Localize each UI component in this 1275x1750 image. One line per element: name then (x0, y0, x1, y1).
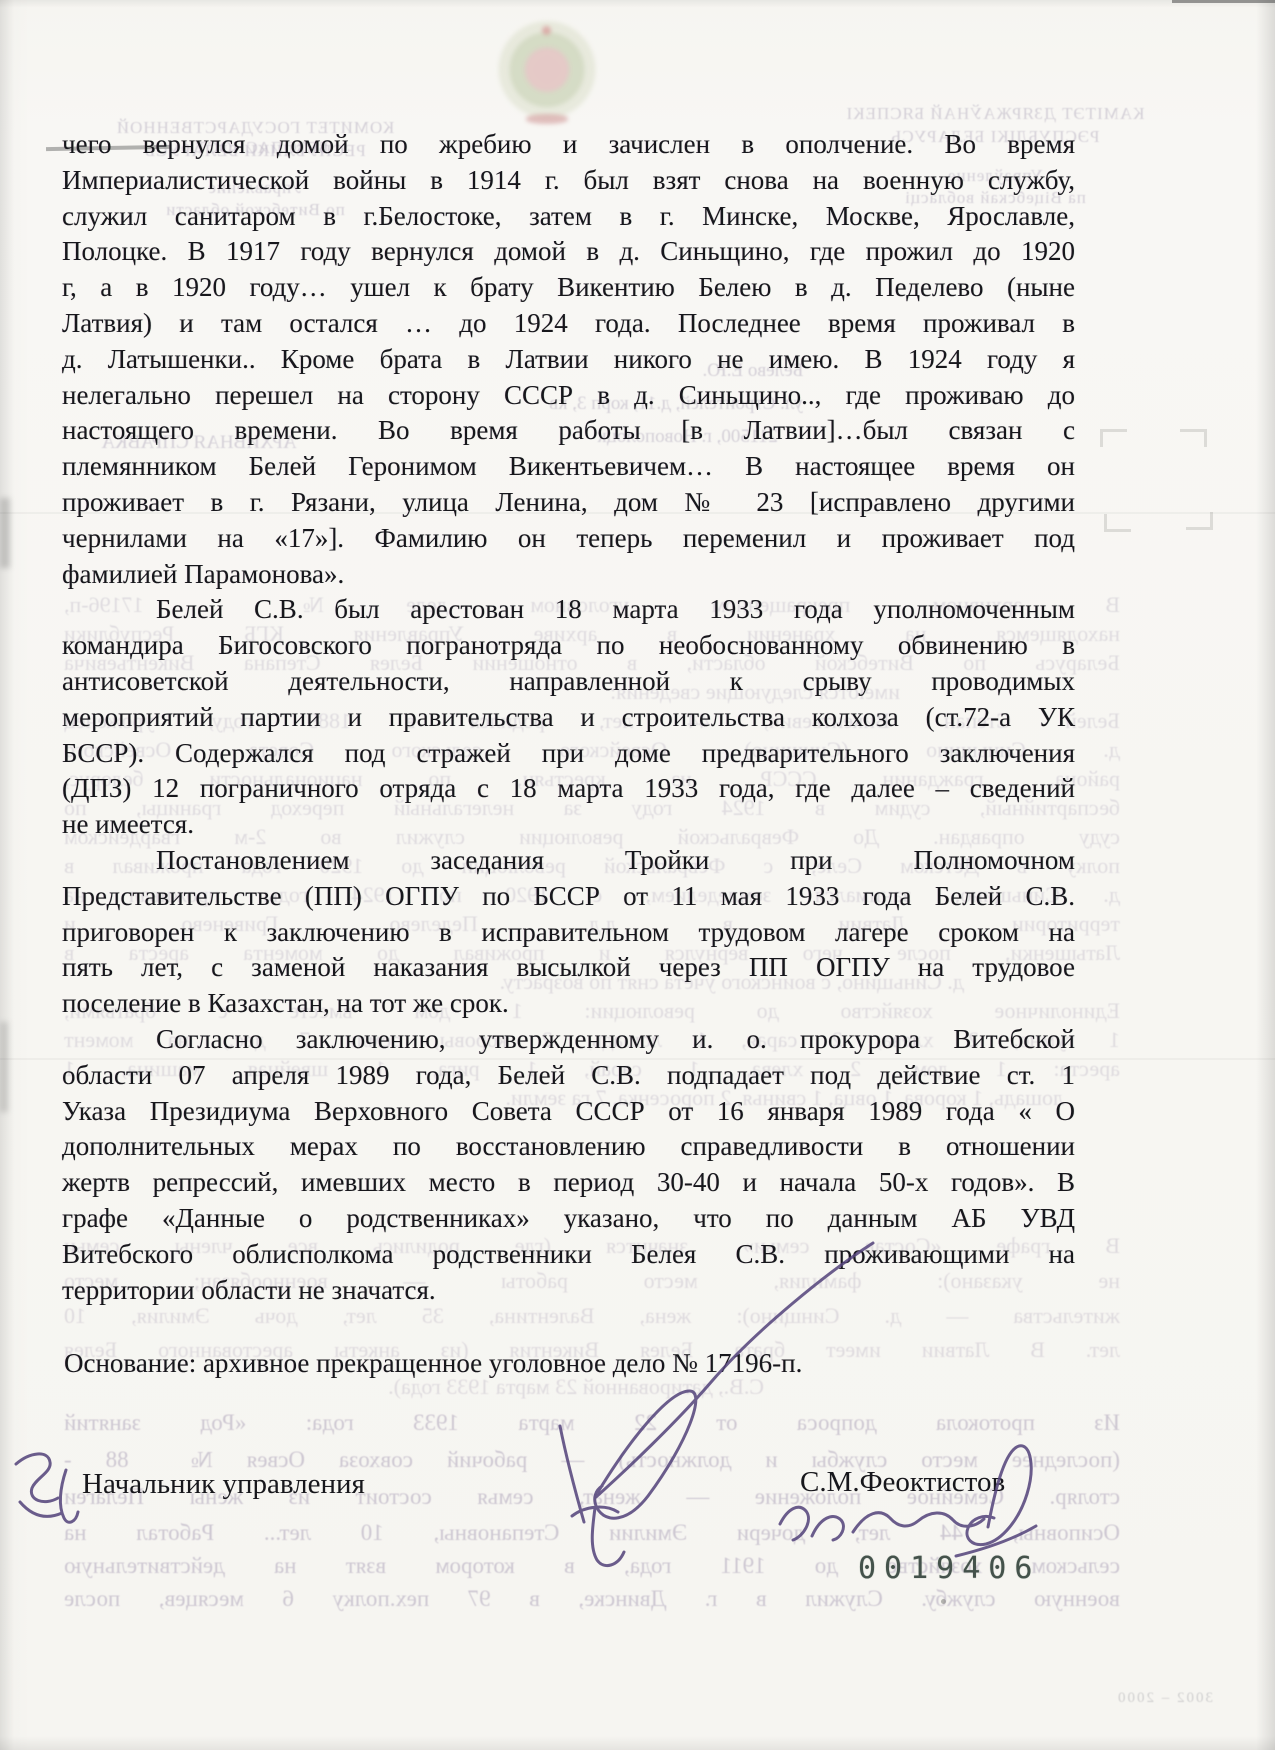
text-line: Представительстве (ПП) ОГПУ по БССР от 1… (62, 879, 1075, 915)
text-line: Витебского облисполкома родственники Бел… (62, 1237, 1075, 1273)
text-line: территории области не значатся. (62, 1273, 1075, 1309)
scan-edge-line (1172, 0, 1275, 3)
text-line: чего вернулся домой по жребию и зачислен… (62, 127, 1075, 163)
crop-corner-mark (1100, 429, 1127, 447)
text-line: фамилией Парамонова». (62, 557, 1075, 593)
text-line: приговорен к заключению в исправительном… (62, 915, 1075, 951)
text-line: д. Латышенки.. Кроме брата в Латвии нико… (62, 342, 1075, 378)
scan-edge-right (1256, 0, 1275, 1750)
crop-corner-mark (1180, 429, 1207, 447)
text-line: нелегально перешел на сторону СССР в д. … (62, 378, 1075, 414)
text-line: БССР). Содержался под стражей при доме п… (62, 736, 1075, 772)
scan-blotch (0, 498, 10, 568)
stamp-number: 0019406 (858, 1551, 1040, 1586)
bleedthrough-line: военную службу. Служил в г. Двинске, в 9… (64, 1586, 1120, 1612)
text-line: мероприятий партии и правительства и стр… (62, 700, 1075, 736)
stamp-dot (941, 1599, 946, 1604)
emblem-ribbon (526, 114, 568, 124)
text-line: области 07 апреля 1989 года, Белей С.В. … (62, 1058, 1075, 1094)
emblem-wreath (494, 20, 600, 128)
text-line: Постановлением заседания Тройки при Полн… (62, 843, 1075, 879)
text-line: Полоцке. В 1917 году вернулся домой в д.… (62, 234, 1075, 270)
crop-corner-mark (1186, 512, 1213, 530)
signatory-name: С.М.Феоктистов (800, 1466, 1005, 1499)
bleedthrough-line: 3002 – 2000 (1088, 1690, 1213, 1707)
text-line: поселение в Казахстан, на тот же срок. (62, 986, 1075, 1022)
main-text: чего вернулся домой по жребию и зачислен… (62, 127, 1075, 1308)
bleedthrough-line: КАМІТЭТ ДЗЯРЖАЎНАЙ БЯСПЕКІ (840, 104, 1150, 124)
bleedthrough-line: Из протокола допроса от 22 марта 1933 го… (64, 1410, 1120, 1436)
text-line: г, а в 1920 году… ушел к брату Викентию … (62, 270, 1075, 306)
text-line: Согласно заключению, утвержденному и. о.… (62, 1022, 1075, 1058)
text-line: проживает в г. Рязани, улица Ленина, дом… (62, 485, 1075, 521)
scan-edge-left (0, 0, 14, 1750)
text-line: дополнительных мерах по восстановлению с… (62, 1129, 1075, 1165)
text-line: служил санитаром в г.Белостоке, затем в … (62, 199, 1075, 235)
scan-edge-bottom (0, 1736, 1275, 1750)
text-line: антисоветской деятельности, направленной… (62, 664, 1075, 700)
basis-line: Основание: архивное прекращенное уголовн… (64, 1348, 1077, 1379)
text-line: командира Бигосовского погранотряда по н… (62, 628, 1075, 664)
text-line: настоящего времени. Во время работы [в Л… (62, 413, 1075, 449)
bleedthrough-line: Осиповны, 44 лет, дочери Эмилии Степанов… (64, 1520, 1120, 1546)
text-line: не имеется. (62, 807, 1075, 843)
coat-of-arms-watermark (494, 20, 600, 128)
text-line: пять лет, с заменой наказания высылкой ч… (62, 950, 1075, 986)
scan-blotch (0, 1022, 8, 1112)
text-line: племянником Белей Геронимом Викентьевиче… (62, 449, 1075, 485)
crop-corner-mark (1104, 514, 1131, 532)
text-line: чернилами на «17»]. Фамилию он теперь пе… (62, 521, 1075, 557)
emblem-star (542, 26, 551, 35)
scan-edge-top (0, 0, 1275, 8)
scanned-document-page: КОМИТЕТ ГОСУДАРСТВЕННОЙ БЕЗОПАСНОСТИРЕСП… (0, 0, 1275, 1750)
text-line: (ДПЗ) 12 пограничного отряда с 18 марта … (62, 771, 1075, 807)
text-line: Указа Президиума Верховного Совета СССР … (62, 1094, 1075, 1130)
text-line: графе «Данные о родственниках» указано, … (62, 1201, 1075, 1237)
text-line: Латвия) и там остался … до 1924 года. По… (62, 306, 1075, 342)
signature-title: Начальник управления (82, 1468, 365, 1501)
text-line: Белей С.В. был арестован 18 марта 1933 г… (62, 592, 1075, 628)
text-line: Империалистической войны в 1914 г. был в… (62, 163, 1075, 199)
text-line: жертв репрессий, имевших место в период … (62, 1165, 1075, 1201)
